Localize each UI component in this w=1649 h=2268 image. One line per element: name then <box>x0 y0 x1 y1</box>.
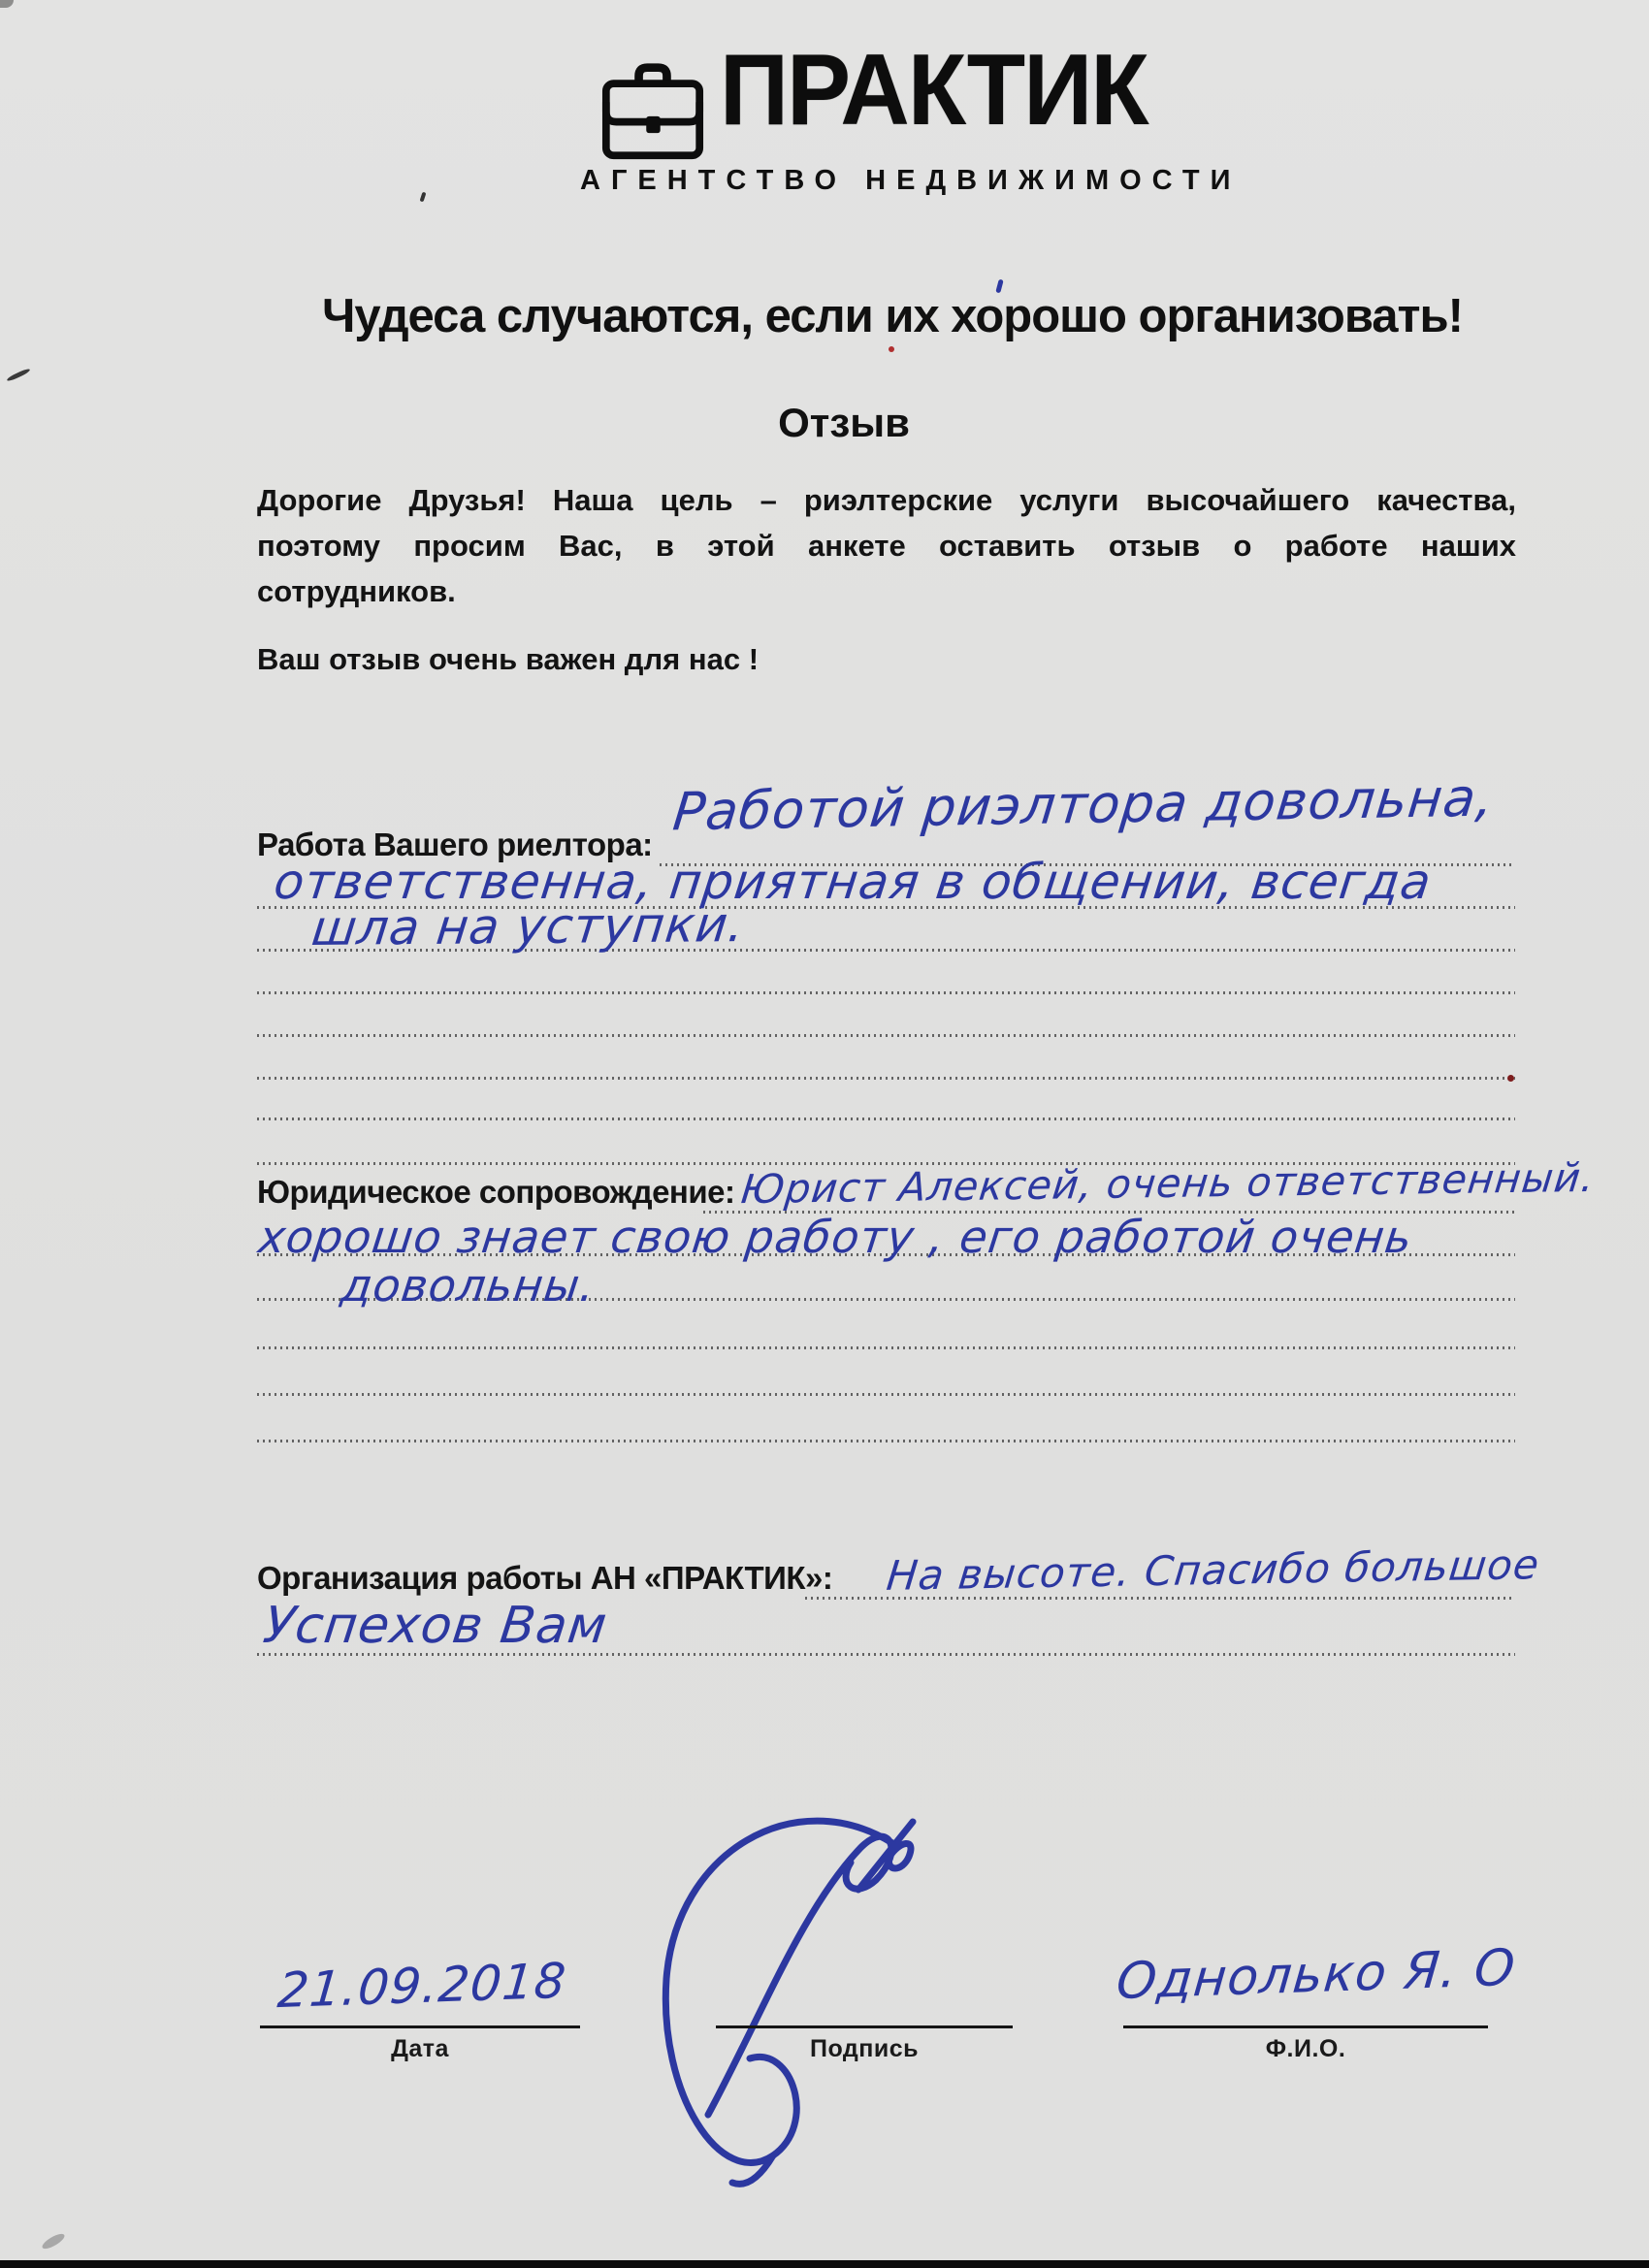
intro-line: Дорогие Друзья! Наша цель – риэлтерские … <box>257 477 1516 523</box>
scanned-feedback-form: ПРАКТИК АГЕНТСТВО НЕДВИЖИМОСТИ Чудеса сл… <box>0 0 1649 2268</box>
realtor-answer-line-3: шла на уступки. <box>308 896 748 956</box>
legal-label: Юридическое сопровождение: <box>257 1174 735 1211</box>
scan-artifact-smudge <box>40 2231 66 2252</box>
review-title: Отзыв <box>136 400 1552 446</box>
signature-line <box>716 2025 1013 2028</box>
date-label: Дата <box>260 2035 580 2063</box>
brand-name: ПРАКТИК <box>720 33 1148 148</box>
intro-line: сотрудников. <box>257 568 1516 614</box>
headline: Чудеса случаются, если их хорошо организ… <box>136 289 1649 343</box>
realtor-answer-line-1: Работой риэлтора довольна, <box>670 767 1498 843</box>
dotted-line <box>257 991 1515 994</box>
bottom-scan-bar <box>0 2260 1649 2268</box>
dotted-line <box>257 1118 1515 1120</box>
organization-label: Организация работы АН «ПРАКТИК»: <box>257 1560 832 1597</box>
name-label: Ф.И.О. <box>1123 2035 1488 2063</box>
important-note: Ваш отзыв очень важен для нас ! <box>257 642 759 677</box>
signature-label: Подпись <box>716 2035 1013 2063</box>
legal-answer-line-2: хорошо знает свою работу , его работой о… <box>256 1211 1416 1263</box>
scan-artifact-red-dot <box>889 346 894 352</box>
organization-answer-line-2: Успехов Вам <box>260 1597 610 1655</box>
dotted-line <box>257 1440 1515 1442</box>
organization-answer-line-1: На высоте. Спасибо большое <box>885 1540 1542 1600</box>
dotted-line <box>257 1393 1515 1396</box>
intro-line: поэтому просим Вас, в этой анкете остави… <box>257 523 1516 568</box>
briefcase-icon <box>601 62 704 161</box>
scan-artifact-pen-mark <box>6 368 31 383</box>
intro-paragraph: Дорогие Друзья! Наша цель – риэлтерские … <box>257 477 1516 614</box>
name-value: Однолько Я. О <box>1115 1939 1518 2011</box>
legal-answer-line-3: довольны. <box>339 1259 598 1312</box>
scan-artifact-corner <box>0 0 14 8</box>
signature-scribble <box>616 1795 936 2200</box>
dotted-line <box>257 1346 1515 1349</box>
name-line <box>1123 2025 1488 2028</box>
scan-artifact-red-dot <box>1507 1075 1514 1082</box>
scan-artifact-speck <box>420 192 427 203</box>
dotted-line <box>257 1077 1515 1080</box>
date-value: 21.09.2018 <box>275 1953 568 2019</box>
date-line <box>260 2025 580 2028</box>
dotted-line <box>257 1034 1515 1037</box>
logo-tagline: АГЕНТСТВО НЕДВИЖИМОСТИ <box>580 165 1215 197</box>
